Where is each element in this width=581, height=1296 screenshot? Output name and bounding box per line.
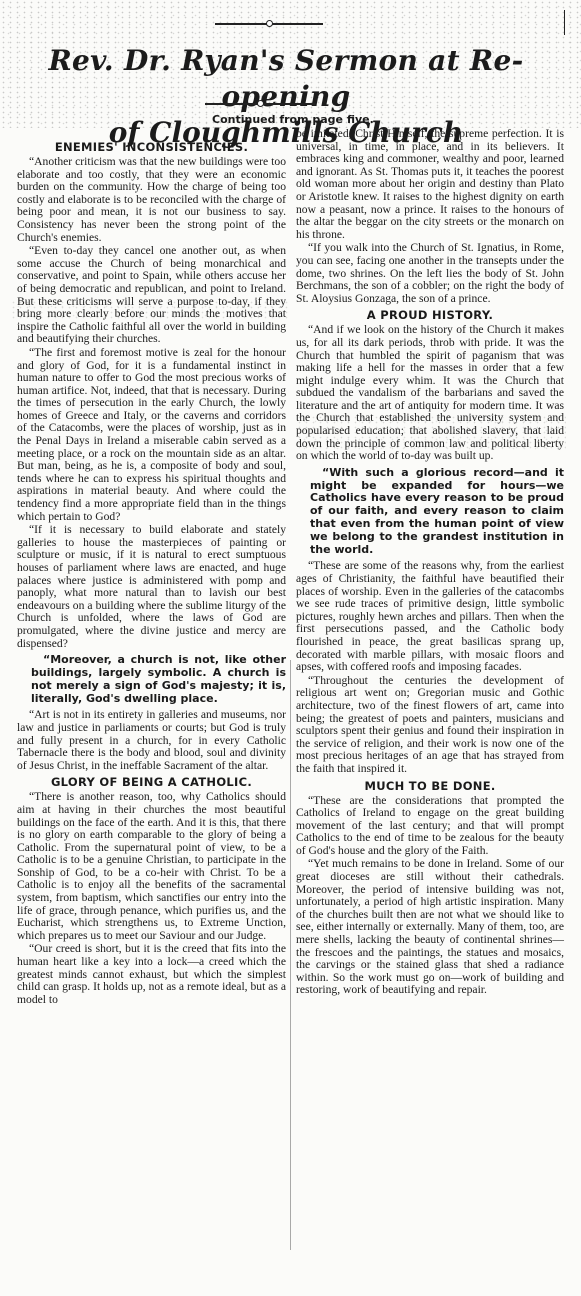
- column-divider: [290, 660, 291, 1250]
- article-paragraph: “Moreover, a church is not, like other b…: [17, 654, 286, 705]
- section-subhead: GLORY OF BEING A CATHOLIC.: [17, 775, 286, 789]
- left-column: ENEMIES' INCONSISTENCIES.“Another critic…: [17, 137, 286, 1007]
- frame-rule: [564, 10, 565, 35]
- article-paragraph: “With such a glorious record—and it migh…: [296, 467, 564, 557]
- article-paragraph: “Our creed is short, but it is the creed…: [17, 943, 286, 1006]
- article-paragraph: “Art is not in its entirety in galleries…: [17, 709, 286, 772]
- article-paragraph: “Throughout the centuries the developmen…: [296, 675, 564, 776]
- newspaper-clipping: Rev. Dr. Ryan's Sermon at Re-opening of …: [0, 0, 581, 1296]
- article-paragraph: “And if we look on the history of the Ch…: [296, 324, 564, 463]
- article-paragraph: “If it is necessary to build elaborate a…: [17, 524, 286, 650]
- article-paragraph: “The first and foremost motive is zeal f…: [17, 347, 286, 523]
- article-paragraph: “If you walk into the Church of St. Igna…: [296, 242, 564, 305]
- section-subhead: ENEMIES' INCONSISTENCIES.: [17, 140, 286, 154]
- section-subhead: MUCH TO BE DONE.: [296, 779, 564, 793]
- right-column: be imitated, Christ Himself, the supreme…: [296, 128, 564, 998]
- article-paragraph: “These are the considerations that promp…: [296, 795, 564, 858]
- article-paragraph: “There is another reason, too, why Catho…: [17, 791, 286, 942]
- section-subhead: A PROUD HISTORY.: [296, 308, 564, 322]
- continued-note: Continued from page five.: [212, 113, 374, 126]
- headline-ornament-bottom: [205, 103, 315, 105]
- headline-ornament-top: [215, 23, 323, 25]
- article-paragraph: “Even to-day they cancel one another out…: [17, 245, 286, 346]
- article-paragraph: “These are some of the reasons why, from…: [296, 560, 564, 673]
- article-paragraph: be imitated, Christ Himself, the supreme…: [296, 128, 564, 241]
- article-paragraph: “Yet much remains to be done in Ireland.…: [296, 858, 564, 997]
- article-paragraph: “Another criticism was that the new buil…: [17, 156, 286, 244]
